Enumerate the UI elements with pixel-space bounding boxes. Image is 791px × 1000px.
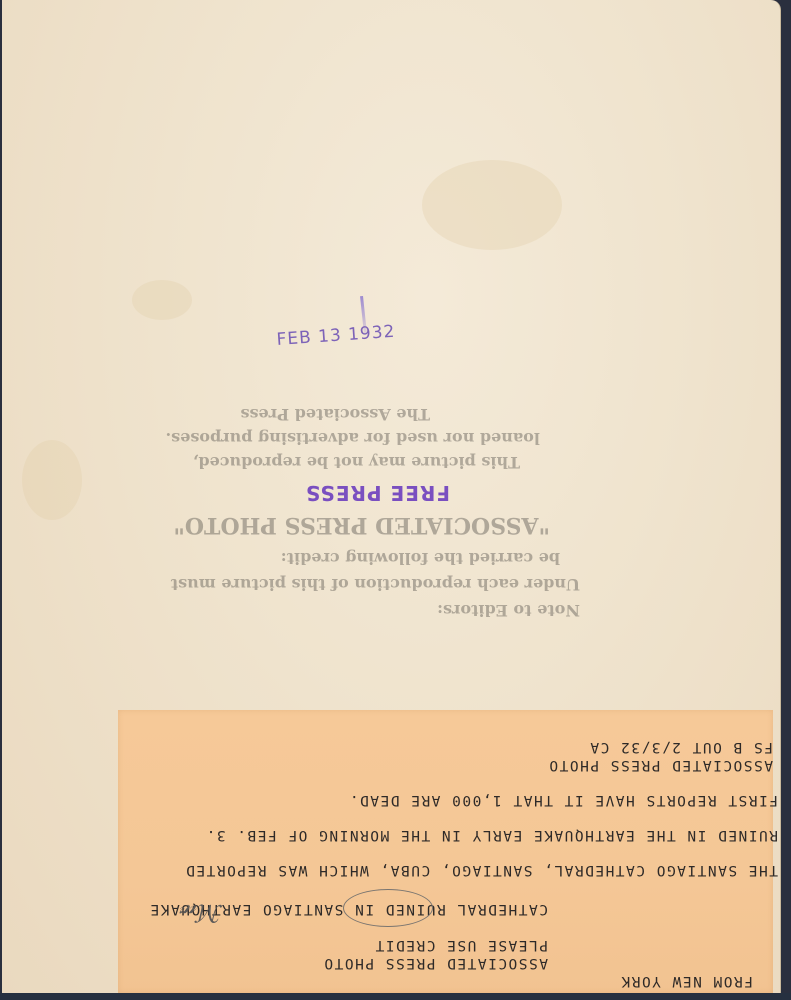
ghost-stamp-line: Note to Editors:: [437, 601, 580, 620]
ghost-stamp-line: The Associated Press: [240, 405, 430, 424]
label-line-body-2: RUINED IN THE EARTHQUAKE EARLY IN THE MO…: [205, 827, 778, 843]
editor-note-stamp: Note to Editors: Under each reproduction…: [180, 360, 580, 620]
label-line-agency: ASSOCIATED PRESS PHOTO: [548, 757, 773, 773]
label-line-credit: ASSOCIATED PRESS PHOTO: [323, 955, 548, 971]
handwritten-initials: ℳ𝓌: [181, 899, 223, 927]
ghost-stamp-line: This picture may not be reproduced,: [193, 453, 520, 472]
paper-stain: [22, 440, 82, 520]
label-line-credit-note: PLEASE USE CREDIT: [374, 937, 548, 953]
ghost-stamp-line: be carried the following credit:: [281, 549, 560, 568]
scan-bottom-edge: [0, 993, 791, 1000]
ghost-stamp-line: Under each reproduction of this picture …: [171, 575, 580, 594]
free-press-stamp: FREE PRESS: [305, 481, 450, 505]
ghost-stamp-line: "ASSOCIATED PRESS PHOTO": [173, 512, 550, 538]
label-line-code: FS B OUT 2/3/32 CA: [589, 739, 773, 755]
label-line-body-3: FIRST REPORTS HAVE IT THAT 1,000 ARE DEA…: [348, 792, 778, 808]
label-line-body-1: THE SANTIAGO CATHEDRAL, SANTIAGO, CUBA, …: [185, 862, 778, 878]
paper-stain: [132, 280, 192, 320]
circled-word-mark: [343, 889, 433, 927]
caption-label: FROM NEW YORK ASSOCIATED PRESS PHOTO PLE…: [118, 710, 773, 993]
paper-stain: [422, 160, 562, 250]
label-line-origin: FROM NEW YORK: [620, 973, 753, 989]
ghost-stamp-line: loaned nor used for advertising purposes…: [166, 429, 540, 448]
